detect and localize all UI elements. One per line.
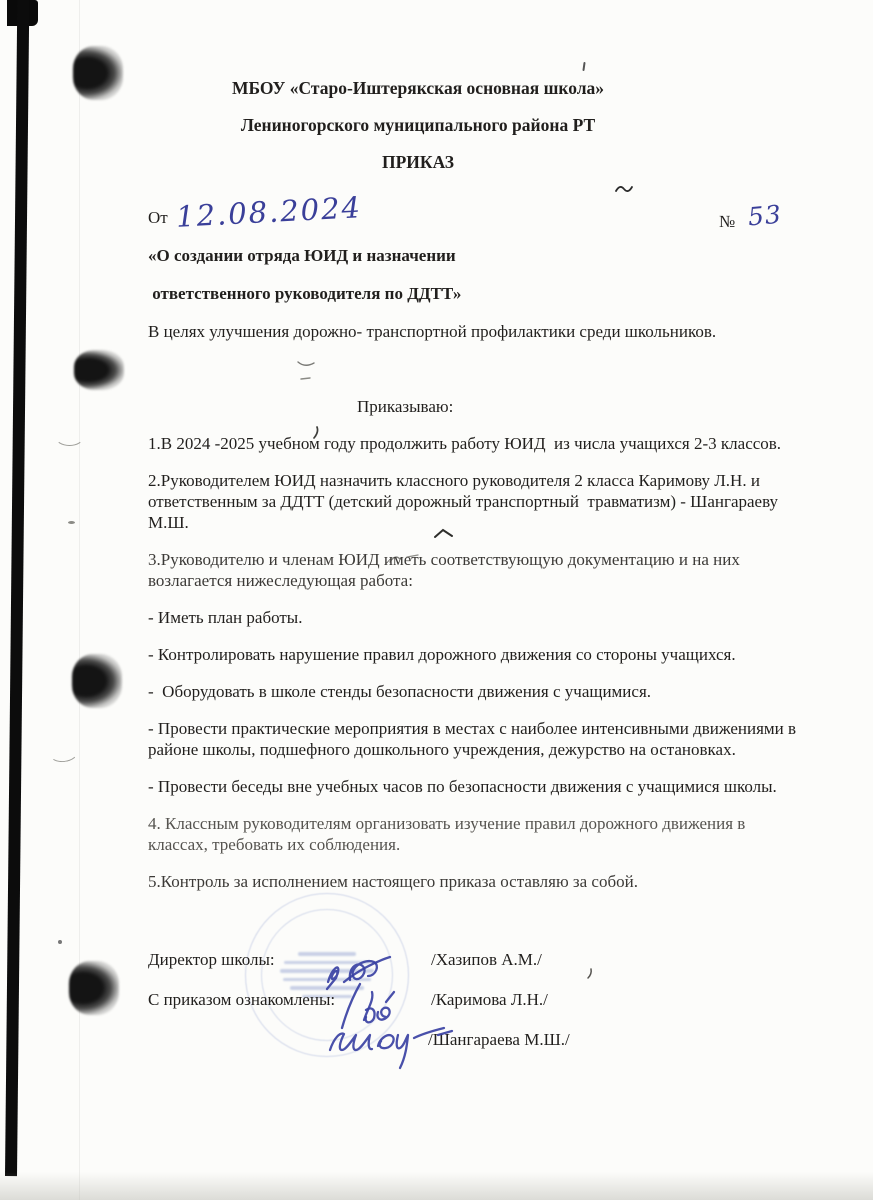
order-item-1: 1.В 2024 -2025 учебном году продолжить р… — [148, 433, 814, 454]
order-item-5: 5.Контроль за исполнением настоящего при… — [148, 871, 814, 892]
director-name: /Хазипов А.М./ — [431, 949, 542, 970]
paper-edge-line — [79, 0, 80, 1200]
date-label: От — [148, 207, 168, 228]
document-content: МБОУ «Старо-Иштерякская основная школа» … — [148, 78, 814, 1069]
subject-line-1: «О создании отряда ЮИД и назначении — [148, 245, 814, 266]
document-header: МБОУ «Старо-Иштерякская основная школа» … — [148, 78, 688, 173]
scanner-bottom-shadow — [0, 1172, 873, 1200]
org-name-line2: Лениногорского муниципального района РТ — [148, 115, 688, 136]
scan-speck — [58, 940, 62, 944]
document-title: ПРИКАЗ — [148, 152, 688, 173]
order-item-4: 4. Классным руководителям организовать и… — [148, 813, 814, 855]
scanned-order-document: МБОУ «Старо-Иштерякская основная школа» … — [0, 0, 873, 1200]
director-label: Директор школы: — [148, 950, 275, 969]
signature-block: Директор школы: /Хазипов А.М./ С приказо… — [148, 949, 814, 1050]
scan-smudge — [69, 961, 119, 1015]
bullet-talks: - Провести беседы вне учебных часов по б… — [148, 776, 814, 797]
bullet-practice: - Провести практические мероприятия в ме… — [148, 718, 814, 760]
subject-line-2: ответственного руководителя по ДДТТ» — [148, 283, 814, 304]
ack-signature-row-2: /Шангараева М.Ш./ — [148, 1029, 814, 1050]
date-number-row: От 12.08.2024 № 53 — [148, 199, 814, 245]
handwritten-number: 53 — [747, 200, 783, 232]
handwritten-date: 12.08.2024 — [175, 190, 363, 234]
org-name-line1: МБОУ «Старо-Иштерякская основная школа» — [148, 78, 688, 99]
preamble: В целях улучшения дорожно- транспортной … — [148, 321, 814, 342]
scan-speck — [68, 521, 75, 524]
bullet-stands: - Оборудовать в школе стенды безопасност… — [148, 681, 814, 702]
scan-smudge — [74, 350, 124, 390]
scanner-edge-stripe — [5, 0, 29, 1176]
scan-speck — [582, 62, 585, 71]
number-label: № — [719, 211, 735, 232]
pencil-arc-mark — [55, 427, 84, 446]
order-item-3: 3.Руководителю и членам ЮИД иметь соотве… — [148, 549, 814, 591]
order-item-2: 2.Руководителем ЮИД назначить классного … — [148, 470, 814, 533]
director-signature-row: Директор школы: /Хазипов А.М./ — [148, 949, 814, 970]
ack-signature-row: С приказом ознакомлены: /Каримова Л.Н./ — [148, 989, 814, 1010]
ack-label: С приказом ознакомлены: — [148, 990, 335, 1009]
order-keyword: Приказываю: — [148, 396, 814, 417]
ack-name-1: /Каримова Л.Н./ — [431, 989, 548, 1010]
scan-smudge — [72, 654, 122, 708]
scan-smudge — [73, 46, 123, 100]
shangaraeva-signature — [326, 1008, 456, 1070]
pencil-arc-mark — [48, 742, 79, 764]
bullet-control: - Контролировать нарушение правил дорожн… — [148, 644, 814, 665]
bullet-plan: - Иметь план работы. — [148, 607, 814, 628]
